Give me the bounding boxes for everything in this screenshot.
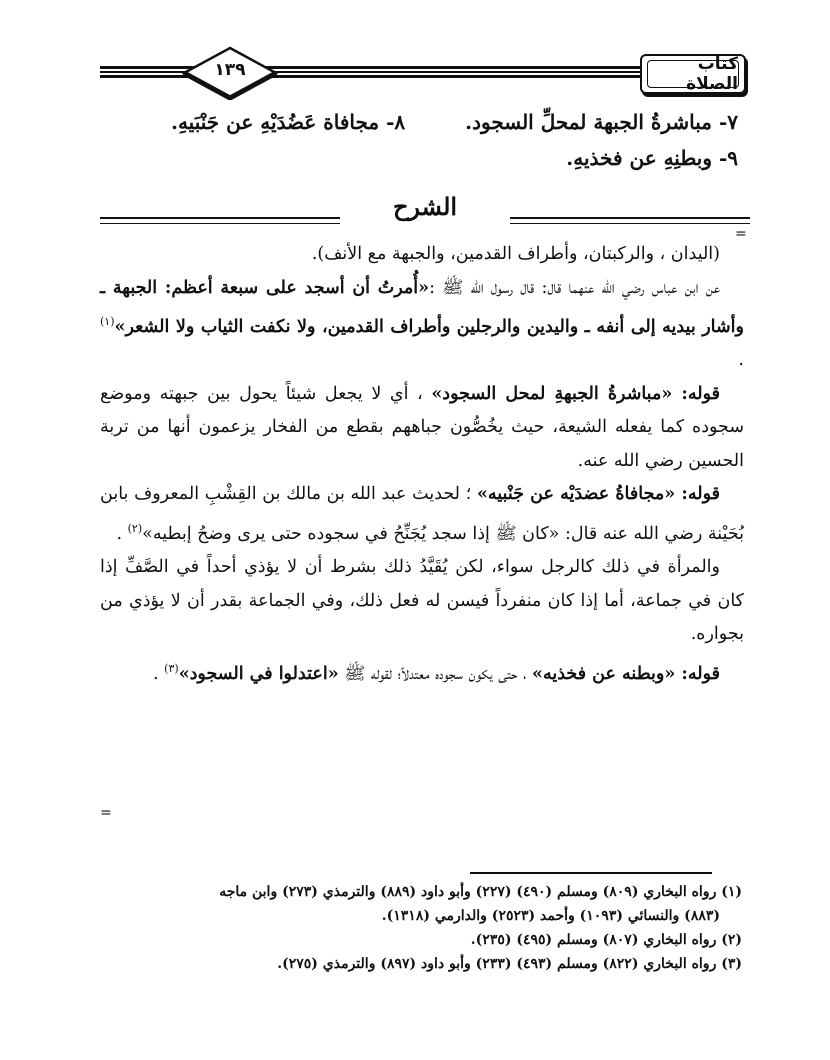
paragraph-6: قوله: «وبطنه عن فخذيه» ، حتى يكون سجوده … <box>100 652 744 691</box>
paragraph-2: عن ابن عباس رضي الله عنهما قال: قال رسول… <box>100 272 744 378</box>
footnote-ref-3[interactable]: (٣) <box>164 662 179 675</box>
page-number: ١٣٩ <box>180 60 280 80</box>
item-9: ٩- وبطنِهِ عن فخذيهِ. <box>566 140 738 176</box>
footnote-separator <box>470 872 712 874</box>
paragraph-4: قوله: «مجافاةُ عضدَيْه عن جَنْبيه» ؛ لحد… <box>100 478 744 551</box>
section-heading: الشرح <box>100 192 750 232</box>
footnote-3: (٣) رواه البخاري (٨٢٢) ومسلم (٤٩٣) (٢٣٣)… <box>100 952 742 976</box>
paragraph-1: (اليدان ، والركبتان، وأطراف القدمين، وال… <box>100 238 744 272</box>
item-7: ٧- مباشرةُ الجبهة لمحلِّ السجود. <box>465 104 738 140</box>
book-page: ١٣٩ كتاب الصلاة ٧- مباشرةُ الجبهة لمحلِّ… <box>0 0 830 1060</box>
matn-items: ٧- مباشرةُ الجبهة لمحلِّ السجود. ٨- مجاف… <box>120 104 738 176</box>
continuation-mark-bottom: = <box>100 805 112 821</box>
quoted-matn: «مباشرةُ الجبهةِ لمحل السجود» <box>431 384 672 404</box>
footnotes: (١) رواه البخاري (٨٠٩) ومسلم (٤٩٠) (٢٢٧)… <box>100 880 742 976</box>
footnote-1-continued: (٨٨٣) والنسائي (١٠٩٣) وأحمد (٢٥٢٣) والدا… <box>100 904 742 928</box>
footnote-1: (١) رواه البخاري (٨٠٩) ومسلم (٤٩٠) (٢٢٧)… <box>100 880 742 904</box>
heading-rule-right <box>510 217 750 224</box>
chapter-title: كتاب الصلاة <box>647 60 739 88</box>
paragraph-5: والمرأة في ذلك كالرجل سواء، لكن يُقَيَّد… <box>100 551 744 652</box>
page-header: ١٣٩ كتاب الصلاة <box>100 48 746 98</box>
item-8: ٨- مجافاة عَضُدَيْهِ عن جَنْبَيهِ. <box>171 104 405 140</box>
quoted-matn: «وبطنه عن فخذيه» <box>532 663 675 683</box>
paragraph-3: قوله: «مباشرةُ الجبهةِ لمحل السجود» ، أي… <box>100 378 744 479</box>
footnote-2: (٢) رواه البخاري (٨٠٧) ومسلم (٤٩٥) (٢٣٥)… <box>100 928 742 952</box>
hadith-quote: «اعتدلوا في السجود» <box>179 663 339 683</box>
chapter-title-box: كتاب الصلاة <box>640 54 746 94</box>
page-number-badge: ١٣٩ <box>180 46 280 100</box>
footnote-ref-1[interactable]: (١) <box>100 315 115 328</box>
quoted-matn: «مجافاةُ عضدَيْه عن جَنْبيه» <box>477 484 675 504</box>
commentary-body: (اليدان ، والركبتان، وأطراف القدمين، وال… <box>100 238 744 691</box>
footnote-ref-2[interactable]: (٢) <box>128 522 143 535</box>
